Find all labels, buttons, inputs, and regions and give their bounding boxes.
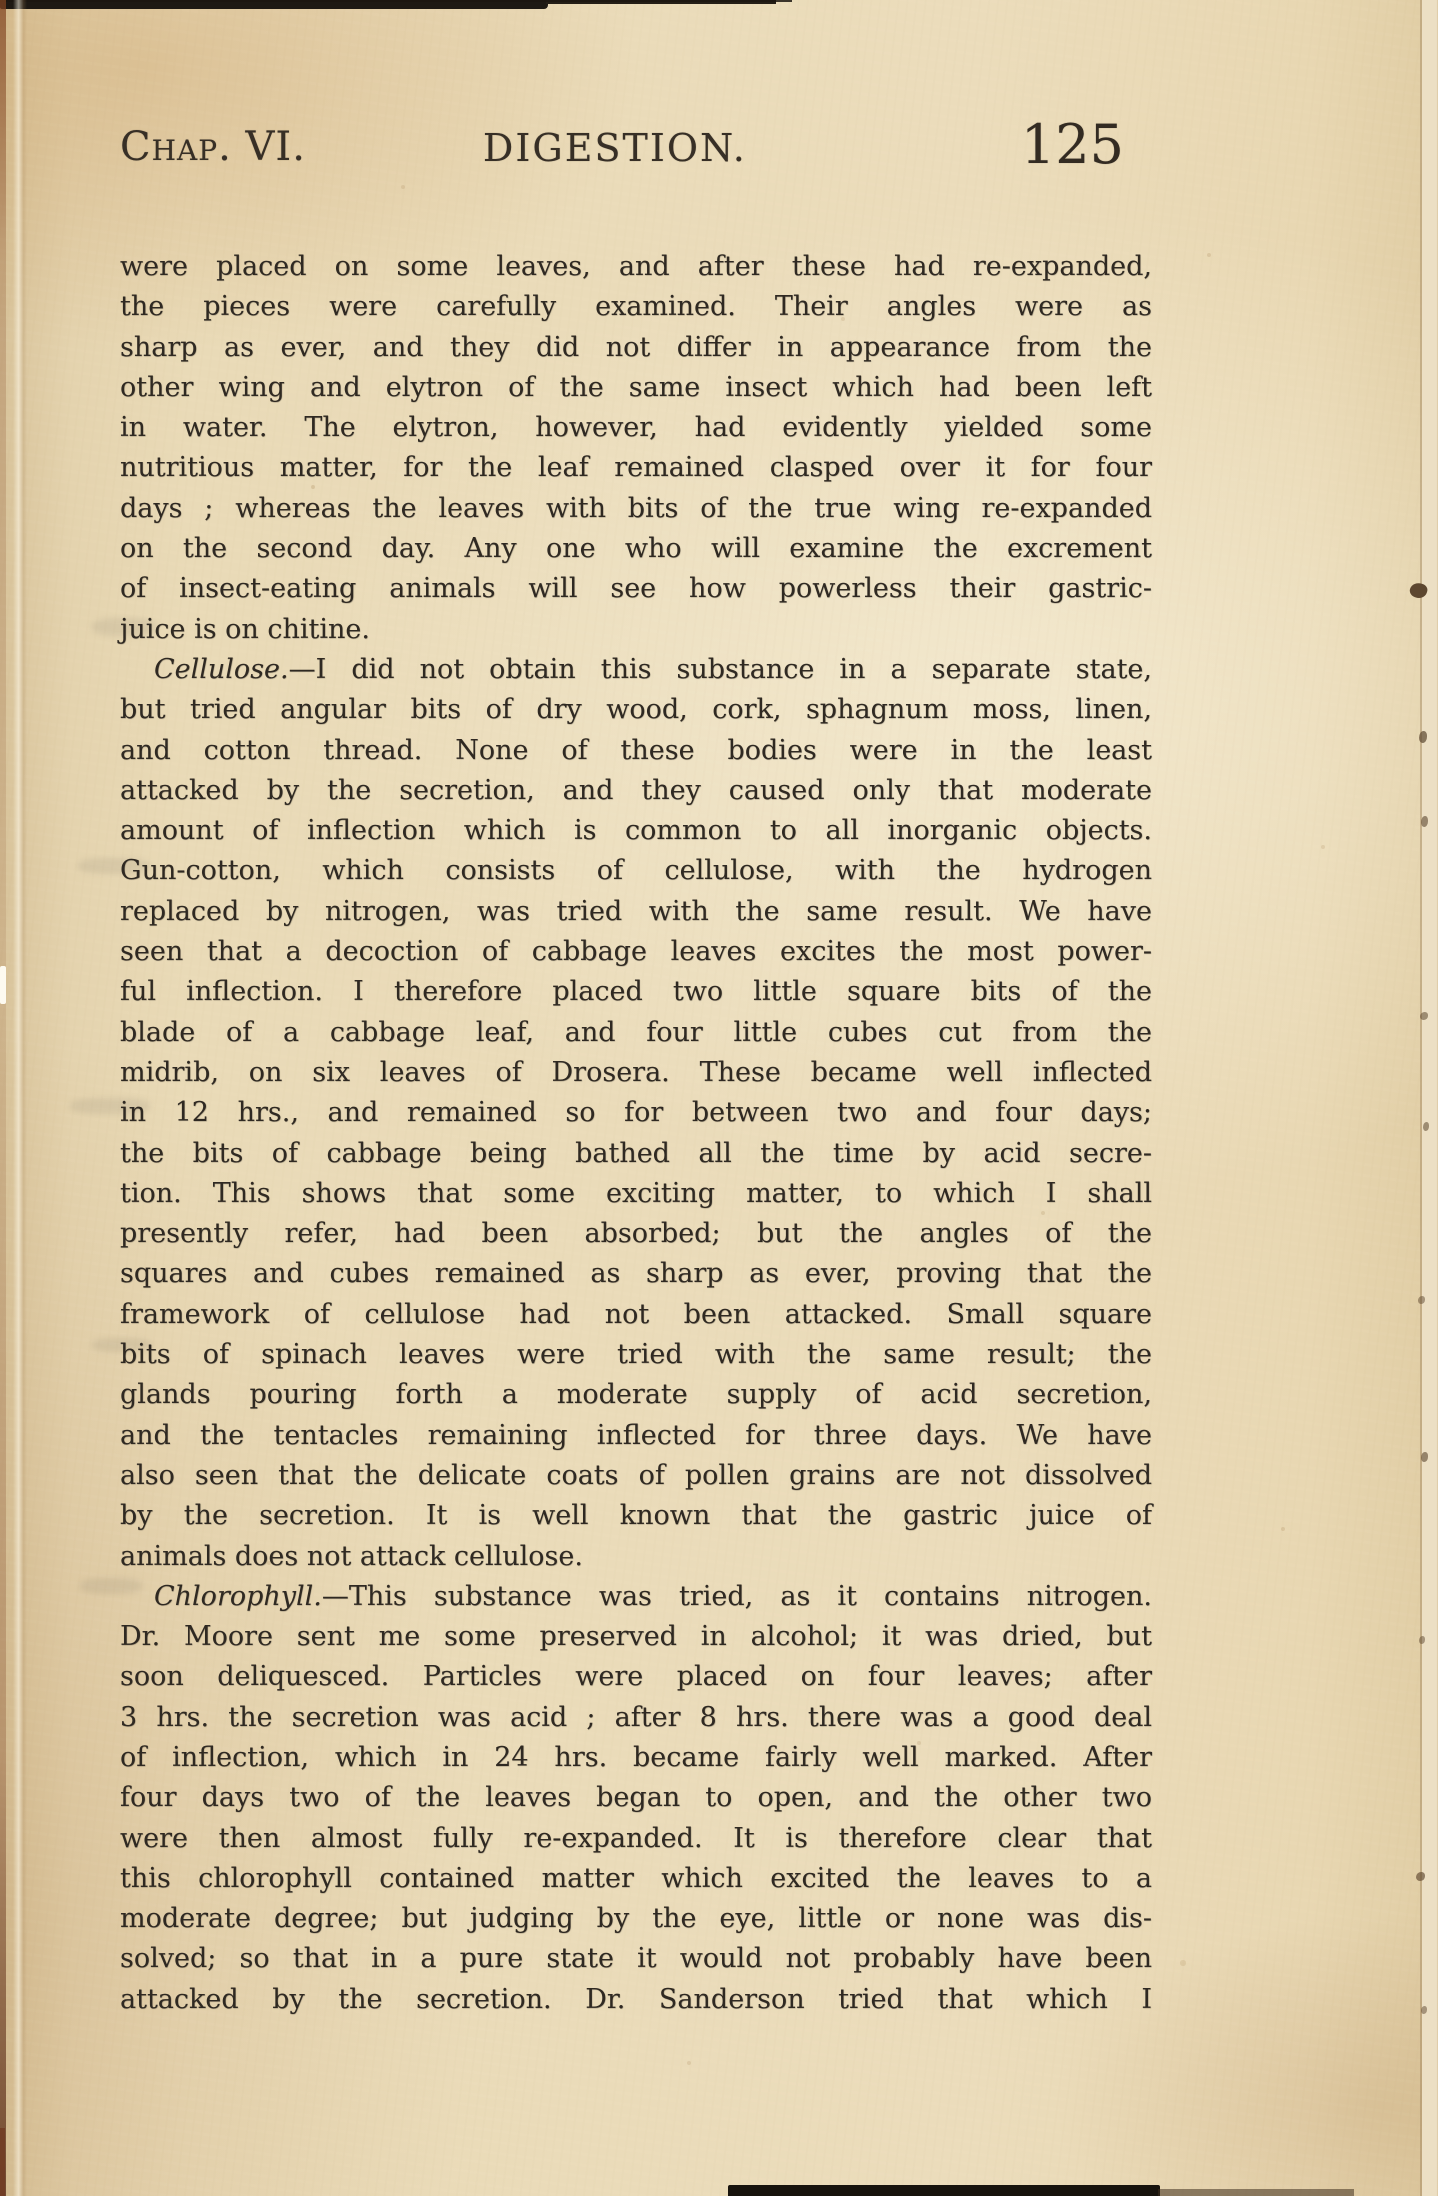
scan-edge-top-hairline xyxy=(0,0,792,2)
text-line: glands pouring forth a moderate supply o… xyxy=(120,1375,1152,1415)
scan-gap-left xyxy=(0,966,6,1004)
text-line: moderate degree; but judging by the eye,… xyxy=(120,1899,1152,1939)
text-line: soon deliquesced. Particles were placed … xyxy=(120,1657,1152,1697)
text-line: 3 hrs. the secretion was acid ; after 8 … xyxy=(120,1698,1152,1738)
text-line: of inflection, which in 24 hrs. became f… xyxy=(120,1738,1152,1778)
text-line: four days two of the leaves began to ope… xyxy=(120,1778,1152,1818)
text-line: attacked by the secretion. Dr. Sanderson… xyxy=(120,1980,1152,2020)
text-line: presently refer, had been absorbed; but … xyxy=(120,1214,1152,1254)
italic-lead-word: Cellulose. xyxy=(154,654,289,685)
text-line: were then almost fully re-expanded. It i… xyxy=(120,1819,1152,1859)
text-line: bits of spinach leaves were tried with t… xyxy=(120,1335,1152,1375)
text-line: in 12 hrs., and remained so for between … xyxy=(120,1093,1152,1133)
page-crease xyxy=(13,0,27,2196)
text-line: Gun-cotton, which consists of cellulose,… xyxy=(120,851,1152,891)
text-line: amount of inflection which is common to … xyxy=(120,811,1152,851)
text-line: sharp as ever, and they did not differ i… xyxy=(120,328,1152,368)
text-line: by the secretion. It is well known that … xyxy=(120,1496,1152,1536)
scan-edge-bottom xyxy=(728,2185,1160,2196)
text-line: Chlorophyll.—This substance was tried, a… xyxy=(120,1577,1152,1617)
text-line: days ; whereas the leaves with bits of t… xyxy=(120,489,1152,529)
text-line: Dr. Moore sent me some preserved in alco… xyxy=(120,1617,1152,1657)
paragraph: Cellulose.—I did not obtain this substan… xyxy=(120,650,1152,1577)
text-line: animals does not attack cellulose. xyxy=(120,1537,1152,1577)
running-header: Chap. VI. DIGESTION. 125 xyxy=(120,116,1152,176)
page-fore-edge xyxy=(1420,0,1438,2196)
text-line: this chlorophyll contained matter which … xyxy=(120,1859,1152,1899)
page-number: 125 xyxy=(1021,113,1124,176)
text-line: framework of cellulose had not been atta… xyxy=(120,1295,1152,1335)
text-line: and the tentacles remaining inflected fo… xyxy=(120,1416,1152,1456)
text-line: were placed on some leaves, and after th… xyxy=(120,247,1152,287)
running-header-title: DIGESTION. xyxy=(483,126,747,170)
scan-edge-bottom-left xyxy=(0,2128,5,2196)
text-line: Cellulose.—I did not obtain this substan… xyxy=(120,650,1152,690)
paragraph: were placed on some leaves, and after th… xyxy=(120,247,1152,650)
text-line: on the second day. Any one who will exam… xyxy=(120,529,1152,569)
paragraph: Chlorophyll.—This substance was tried, a… xyxy=(120,1577,1152,2020)
text-line: attacked by the secretion, and they caus… xyxy=(120,771,1152,811)
text-line: squares and cubes remained as sharp as e… xyxy=(120,1254,1152,1294)
running-header-chapter: Chap. VI. xyxy=(120,124,306,170)
text-line: also seen that the delicate coats of pol… xyxy=(120,1456,1152,1496)
text-line: but tried angular bits of dry wood, cork… xyxy=(120,690,1152,730)
text-line: and cotton thread. None of these bodies … xyxy=(120,731,1152,771)
text-line: tion. This shows that some exciting matt… xyxy=(120,1174,1152,1214)
text-line: nutritious matter, for the leaf remained… xyxy=(120,448,1152,488)
book-page-scan: Chap. VI. DIGESTION. 125 were placed on … xyxy=(0,0,1438,2196)
text-line: of insect-eating animals will see how po… xyxy=(120,569,1152,609)
scan-edge-left xyxy=(0,0,6,2196)
scan-edge-bottom-faint xyxy=(1158,2189,1354,2196)
text-line: blade of a cabbage leaf, and four little… xyxy=(120,1013,1152,1053)
text-line: juice is on chitine. xyxy=(120,610,1152,650)
page-text: were placed on some leaves, and after th… xyxy=(120,247,1152,2020)
text-line: seen that a decoction of cabbage leaves … xyxy=(120,932,1152,972)
text-line: midrib, on six leaves of Drosera. These … xyxy=(120,1053,1152,1093)
text-line: the bits of cabbage being bathed all the… xyxy=(120,1134,1152,1174)
text-line: ful inflection. I therefore placed two l… xyxy=(120,972,1152,1012)
text-line: other wing and elytron of the same insec… xyxy=(120,368,1152,408)
text-line: in water. The elytron, however, had evid… xyxy=(120,408,1152,448)
text-line: the pieces were carefully examined. Thei… xyxy=(120,287,1152,327)
italic-lead-word: Chlorophyll. xyxy=(154,1581,322,1612)
text-line: replaced by nitrogen, was tried with the… xyxy=(120,892,1152,932)
text-line: solved; so that in a pure state it would… xyxy=(120,1939,1152,1979)
